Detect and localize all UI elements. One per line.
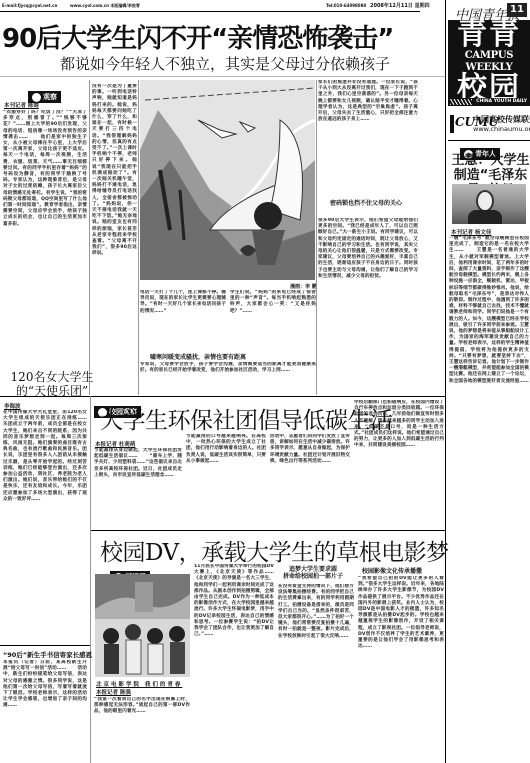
- hatch-decoration: [450, 99, 472, 105]
- lead-body-col2: 没有一次是为了重要的事。一听到电话铃声响，她就知道是妈妈打来的。她说，妈妈每天都…: [92, 84, 137, 394]
- dv-body-col0: “我第一次看到自己的名字出现在银幕上时，那种感觉无法形容。”谈起自己的第一部DV…: [94, 697, 190, 761]
- profile-photo: [452, 184, 526, 224]
- profile-body: 一艘“毛泽东号”航空母舰模型在校园里完成了，制造它的是一名在校大学生…… 王慧是…: [449, 236, 529, 761]
- sidebar2-body: 本报讯（记者）日前，某高校新生开展“给父母写一封信”活动…… 活动中，新生们纷纷…: [3, 660, 87, 760]
- lead-body-col7: 专家说，父母要学会放手，孩子要学会沟通，亲情需要适当的距离才能更加健康美好。有的…: [140, 362, 316, 394]
- dv-film-poster: [95, 574, 190, 677]
- section-brand-line1: 青青: [448, 20, 530, 50]
- lead-body-col4: 很多90后大学生表示，他们希望父母能给他们更多的空间。“我已经是成年人了，可以自…: [318, 218, 418, 394]
- partner-url: www.chinaumu.org: [473, 125, 530, 133]
- lead-body-col3: 家长们的焦虑并非没有道理。一位家长说，“孩子从小到大从没离开过我们，现在一下子跑…: [318, 80, 418, 198]
- env-body-col2: 节能减排的口号越来越响亮。在高校中，一批热心环保的大学生成立了社团，他们用行动影…: [186, 434, 266, 528]
- illustration-credit: 漫画：李 鹏: [290, 283, 317, 290]
- partner-logo: CUMU 中国高校传媒联盟 www.chinaumu.org: [450, 112, 530, 138]
- stripe-text: CHINA YOUTH DAILY: [476, 99, 527, 104]
- angel-flying-over-mountains-illustration: [140, 80, 315, 280]
- lead-body-col5: 电话一天打了十几个，连上课都不停。辅导员说，现在的家长比学生更需要心理辅导。“有…: [140, 290, 226, 348]
- portrait-body: [468, 210, 502, 224]
- lead-body-col6: 学生们说，“妈妈”的来电已经成了宿舍里的一种“声音”。每当手机响起熟悉的铃声，大…: [230, 290, 316, 348]
- env-byline: 本报记者 杜萌萌: [95, 440, 135, 448]
- env-headline: 大学生环保社团倡导低碳生活: [100, 402, 393, 435]
- dv-headline: 校园DV，承载大学生的草根电影梦: [100, 534, 449, 567]
- lead-subheadline: 都说如今年轻人不独立，其实是父母过分依赖孩子: [60, 53, 390, 74]
- portrait-face: [476, 190, 494, 212]
- env-body-col3: 活动中，志愿者们向同学们发放了宣传册，讲解如何在生活中减少碳排放。许多同学表示，…: [270, 434, 350, 528]
- dv-subhead-1: 追梦大学生要求圆 拼命给校园拍一部片子: [283, 566, 343, 580]
- section-brand-box: 青青 CAMPUS WEEKLY 校园: [448, 20, 530, 98]
- partner-name: 中国高校传媒联盟: [473, 114, 530, 125]
- profile-byline: 本刊记者 杨文佳: [451, 228, 491, 236]
- sidebar-body: 在中国传媒大学大礼堂里，由120名女大学生组成的天使乐团正在排练…… 乐团成立于…: [3, 410, 87, 632]
- section-stripe: CHINA YOUTH DAILY: [448, 98, 530, 106]
- lead-subhead-1: 密码锁也挡不住父母的关心: [330, 200, 402, 208]
- masthead-email: E-mail:fjycq@cyol.net.cn: [2, 1, 57, 11]
- dv-byline: 本报记者 陈强: [96, 688, 131, 696]
- masthead-date: 2008年12月11日 星期四: [370, 1, 430, 11]
- dv-subhead-2: 校园影像文化传承播撒: [362, 566, 422, 575]
- dv-poster-caption: 北京电影学院 我们的青春: [96, 680, 182, 688]
- sidebar-byline: 李海波: [4, 402, 21, 410]
- lead-body-col1: “衣服穿好了吗？吃饭了没？”“天凉了多穿点，别感冒了。”“钱够不够花？”……刚上…: [3, 110, 87, 362]
- page-number: 11: [507, 3, 527, 17]
- masthead-strip: E-mail:fjycq@cyol.net.cn www.cyol.com.cn…: [0, 0, 420, 12]
- dv-body-col2: 在没有资金支持的情况下，他们想方设法筹集拍摄经费。有的同学把自己的生活费拿出来，…: [278, 584, 354, 761]
- cumu-logo-icon: CUMU: [450, 115, 470, 133]
- masthead-website-editor: www.cyol.com.cn 本版编辑/李俊青: [70, 1, 140, 11]
- dv-body-col1: 11月底在中国传媒大学举行的校园DV大赛上，《北京天使》等作品…… 《北京天使》…: [194, 564, 274, 761]
- sidebar-headline: 120名女大学生的“天使乐团”: [6, 370, 98, 398]
- lead-byline: 本刊记者 陈婧: [4, 101, 39, 109]
- lead-illustration: [140, 80, 315, 280]
- env-body-col4: 学校后勤部门也积极响应，在校园内增设了自行车停放点和垃圾分类回收箱。一位环保社团…: [354, 400, 444, 528]
- lead-headline: 90后大学生闪不开“亲情恐怖袭击”: [2, 18, 420, 55]
- masthead-phone: Tel:010-64098088: [326, 1, 366, 11]
- dv-body-col3: “我希望自己拍的DV能让更多的人看到。”很多大学生这样说。近年来，各地陆续举办了…: [358, 576, 444, 761]
- sidebar2-headline: “90后”新生手书信寄家长感恩: [3, 650, 92, 659]
- env-body-col1: 节能减排从身边做起，大学生环保社团发起低碳生活倡议…… “骑车上学、随手关灯、少…: [94, 448, 182, 528]
- lead-subhead-2: 嘘寒问暖变成骚扰，亲情也要有距离: [150, 352, 246, 361]
- film-poster-image: [95, 574, 190, 677]
